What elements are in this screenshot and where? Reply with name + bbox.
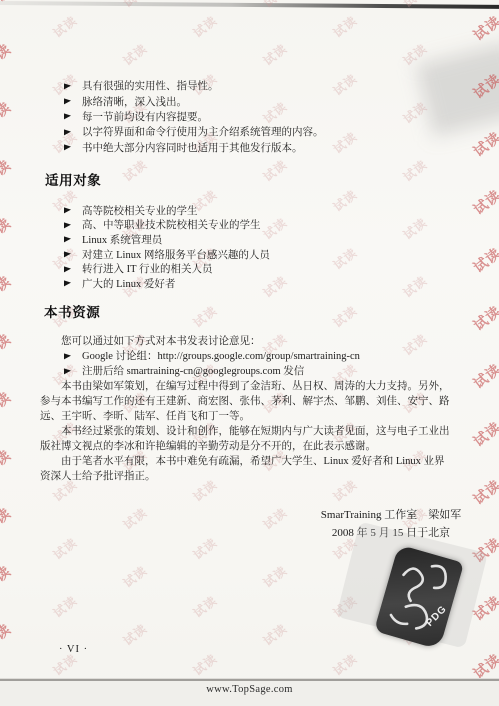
paragraph-line: 本书由梁如军策划，在编写过程中得到了金洁珩、丛日权、周涛的大力支持。另外， (40, 378, 450, 393)
list-item: 对建立 Linux 网络服务平台感兴趣的人员 (64, 247, 270, 262)
watermark-text: 试读 (330, 12, 361, 41)
watermark-text: 试读 (120, 40, 151, 69)
channel-label: Google 讨论组：http://groups.google.com/grou… (82, 348, 360, 363)
watermark-text: 试读 (190, 302, 221, 331)
watermark-text: 试读 (120, 562, 151, 591)
watermark-text: 试读 (190, 650, 221, 679)
list-item-label: 具有很强的实用性、指导性。 (82, 78, 219, 93)
watermark-text: 试读 (0, 387, 15, 421)
watermark-text: 试读 (469, 11, 499, 45)
list-item-label: 对建立 Linux 网络服务平台感兴趣的人员 (82, 247, 270, 262)
channel-label: 注册后给 smartraining-cn@googlegroups.com 发信 (82, 363, 304, 378)
list-item: 每一节前均设有内容提要。 (64, 109, 324, 124)
list-item: 脉络清晰，深入浅出。 (64, 93, 324, 108)
watermark-text: 试读 (469, 127, 499, 161)
watermark-text: 试读 (400, 272, 431, 301)
paragraph-line: 远、王宇昕、李昕、陆军、任肖飞和丁一等。 (40, 408, 450, 423)
paragraph-line: 资深人士给予批评指正。 (40, 468, 450, 483)
bullet-arrow-icon (64, 128, 71, 135)
list-item: 广大的 Linux 爱好者 (64, 276, 270, 291)
paragraph-line: 参与本书编写工作的还有王建新、商宏图、张伟、茅利、解宇杰、邹鹏、刘佳、安宁、路 (40, 393, 450, 408)
list-item: 高等院校相关专业的学生 (64, 203, 270, 218)
paragraph-line: 由于笔者水平有限，本书中难免有疏漏，希望广大学生、Linux 爱好者和 Linu… (40, 453, 450, 468)
watermark-text: 试读 (400, 214, 431, 243)
watermark-text: 试读 (0, 97, 15, 131)
list-item: 具有很强的实用性、指导性。 (64, 78, 324, 93)
list-item: 以字符界面和命令行使用为主介绍系统管理的内容。 (64, 124, 324, 139)
watermark-text: 试读 (469, 649, 499, 683)
audience-heading: 适用对象 (45, 169, 101, 189)
watermark-text: 试读 (330, 128, 361, 157)
bullet-arrow-icon (64, 113, 71, 120)
list-item: Google 讨论组：http://groups.google.com/grou… (64, 348, 360, 363)
watermark-text: 试读 (0, 329, 15, 363)
bullet-arrow-icon (64, 352, 71, 359)
bullet-arrow-icon (64, 367, 71, 374)
scanned-page: 试读试读试读试读试读试读试读试读试读试读试读试读试读试读试读试读试读试读试读试读… (0, 0, 499, 706)
bullet-arrow-icon (64, 265, 71, 272)
watermark-text: 试读 (330, 302, 361, 331)
bullet-arrow-icon (64, 280, 71, 287)
feature-list: 具有很强的实用性、指导性。 脉络清晰，深入浅出。 每一节前均设有内容提要。 以字… (64, 78, 324, 155)
bullet-arrow-icon (64, 236, 71, 243)
watermark-text: 试读 (260, 562, 291, 591)
watermark-text: 试读 (0, 213, 15, 247)
bullet-arrow-icon (64, 82, 71, 89)
watermark-text: 试读 (0, 445, 15, 479)
audience-list: 高等院校相关专业的学生 高、中等职业技术院校相关专业的学生 Linux 系统管理… (64, 203, 270, 291)
watermark-text: 试读 (50, 12, 81, 41)
paragraph-line: 本书经过紧张的策划、设计和创作，能够在短期内与广大读者见面，这与电子工业出 (40, 423, 450, 438)
watermark-text: 试读 (260, 156, 291, 185)
watermark-text: 试读 (190, 12, 221, 41)
acknowledgement-paragraphs: 本书由梁如军策划，在编写过程中得到了金洁珩、丛日权、周涛的大力支持。另外， 参与… (40, 378, 450, 483)
bullet-arrow-icon (64, 207, 71, 214)
resources-channel-list: Google 讨论组：http://groups.google.com/grou… (64, 348, 360, 378)
watermark-text: 试读 (469, 475, 499, 509)
list-item-label: 脉络清晰，深入浅出。 (82, 94, 187, 109)
watermark-text: 试读 (0, 561, 15, 595)
list-item: 转行进入 IT 行业的相关人员 (64, 261, 270, 276)
scan-edge-line (0, 1, 499, 9)
list-item-label: 书中绝大部分内容同时也适用于其他发行版本。 (82, 140, 303, 155)
list-item-label: 每一节前均设有内容提要。 (82, 109, 208, 124)
watermark-text: 试读 (120, 156, 151, 185)
watermark-text: 试读 (190, 534, 221, 563)
watermark-text: 试读 (330, 186, 361, 215)
signature-author: SmarTraining 工作室 梁如军 (300, 506, 482, 524)
list-item-label: 转行进入 IT 行业的相关人员 (82, 261, 212, 276)
page-number: · VI · (59, 644, 88, 655)
paragraph-line: 版社博文视点的李冰和许艳编辑的辛勤劳动是分不开的，在此表示感谢。 (40, 438, 450, 453)
watermark-text: 试读 (50, 592, 81, 621)
list-item-label: 以字符界面和命令行使用为主介绍系统管理的内容。 (82, 124, 324, 139)
watermark-text: 试读 (0, 155, 15, 189)
list-item-label: 高等院校相关专业的学生 (82, 203, 198, 218)
watermark-text: 试读 (260, 504, 291, 533)
watermark-text: 试读 (469, 417, 499, 451)
watermark-text: 试读 (50, 534, 81, 563)
resources-heading: 本书资源 (44, 301, 100, 321)
bullet-arrow-icon (64, 144, 71, 151)
watermark-text: 试读 (0, 619, 15, 653)
watermark-text: 试读 (400, 156, 431, 185)
watermark-text: 试读 (0, 503, 15, 537)
footer-url: www.TopSage.com (0, 684, 499, 695)
bullet-arrow-icon (64, 98, 71, 105)
watermark-text: 试读 (260, 620, 291, 649)
watermark-text: 试读 (330, 70, 361, 99)
list-item: 高、中等职业技术院校相关专业的学生 (64, 218, 270, 233)
watermark-text: 试读 (190, 592, 221, 621)
watermark-text: 试读 (120, 620, 151, 649)
list-item-label: Linux 系统管理员 (82, 232, 162, 247)
list-item-label: 高、中等职业技术院校相关专业的学生 (82, 217, 261, 232)
resources-intro: 您可以通过如下方式对本书发表讨论意见： (40, 333, 261, 348)
watermark-text: 试读 (0, 39, 15, 73)
list-item: 注册后给 smartraining-cn@googlegroups.com 发信 (64, 363, 360, 378)
watermark-text: 试读 (469, 243, 499, 277)
watermark-text: 试读 (330, 650, 361, 679)
watermark-text: 试读 (0, 271, 15, 305)
watermark-text: 试读 (330, 244, 361, 273)
list-item: Linux 系统管理员 (64, 232, 270, 247)
watermark-text: 试读 (469, 359, 499, 393)
bullet-arrow-icon (64, 222, 71, 229)
watermark-text: 试读 (260, 40, 291, 69)
bullet-arrow-icon (64, 251, 71, 258)
list-item: 书中绝大部分内容同时也适用于其他发行版本。 (64, 140, 324, 155)
watermark-text: 试读 (120, 504, 151, 533)
watermark-text: 试读 (400, 330, 431, 359)
list-item-label: 广大的 Linux 爱好者 (82, 276, 175, 291)
scan-shadow (416, 41, 499, 137)
watermark-text: 试读 (469, 301, 499, 335)
watermark-text: 试读 (469, 185, 499, 219)
